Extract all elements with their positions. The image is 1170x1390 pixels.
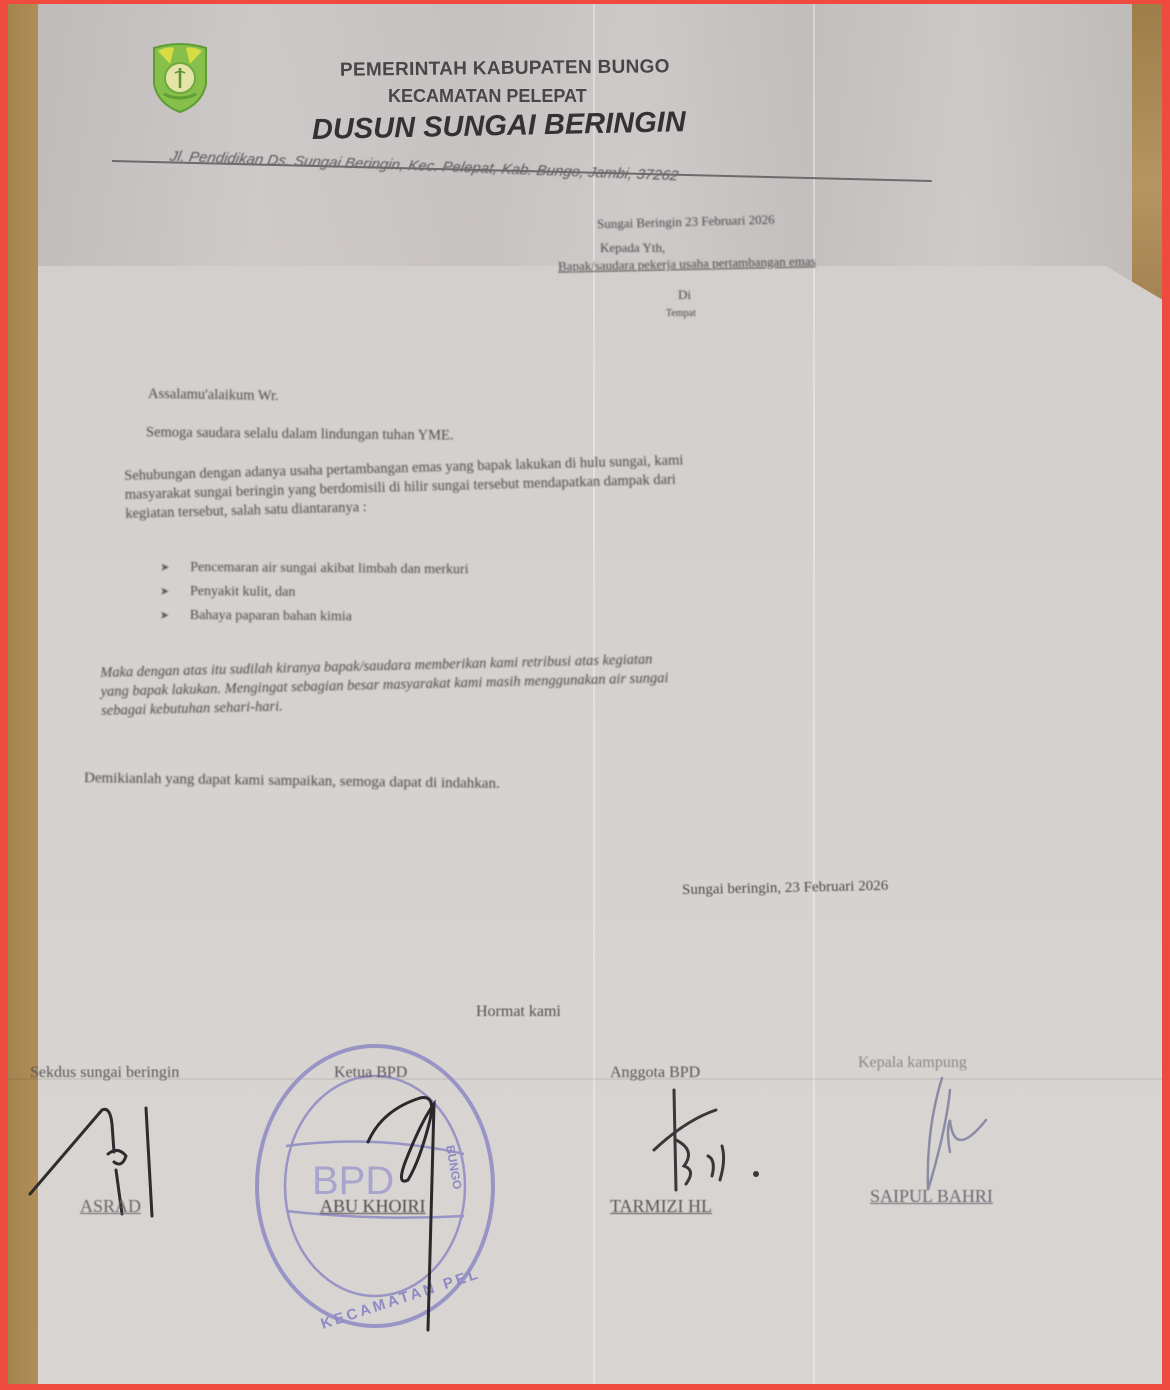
list-item: ➤Penyakit kulit, dan	[160, 580, 469, 607]
letterhead-district-line: KECAMATAN PELEPAT	[388, 86, 587, 107]
signature-saipul-bahri	[906, 1070, 1026, 1200]
impact-list: ➤Pencemaran air sungai akibat limbah dan…	[160, 556, 469, 631]
signatory-title: Ketua BPD	[334, 1064, 407, 1082]
recipient-kepada: Kepada Yth,	[600, 240, 665, 256]
arrow-bullet-icon: ➤	[160, 581, 190, 604]
signature-tarmizi	[646, 1080, 786, 1200]
list-item: ➤Bahaya paparan bahan kimia	[160, 604, 469, 631]
recipient-tempat: Tempat	[666, 308, 696, 319]
list-item: ➤Pencemaran air sungai akibat limbah dan…	[160, 556, 469, 583]
signatory-name: SAIPUL BAHRI	[870, 1186, 993, 1207]
arrow-bullet-icon: ➤	[160, 605, 190, 628]
signatory-name: TARMIZI HL	[610, 1196, 712, 1217]
wish-line: Semoga saudara selalu dalam lindungan tu…	[146, 423, 454, 445]
greeting: Assalamu'alaikum Wr.	[148, 385, 279, 406]
arrow-bullet-icon: ➤	[160, 557, 190, 580]
recipient-di: Di	[678, 287, 691, 303]
signatory-title: Sekdus sungai beringin	[30, 1064, 179, 1082]
letterhead-government-line: PEMERINTAH KABUPATEN BUNGO	[340, 56, 670, 81]
signatory-name: ABU KHOIRI	[320, 1196, 426, 1217]
hormat-kami: Hormat kami	[476, 1003, 561, 1021]
signatory-name: ASRAD	[80, 1196, 141, 1217]
regency-coat-of-arms-icon	[150, 42, 210, 114]
wood-surface	[1128, 4, 1162, 304]
